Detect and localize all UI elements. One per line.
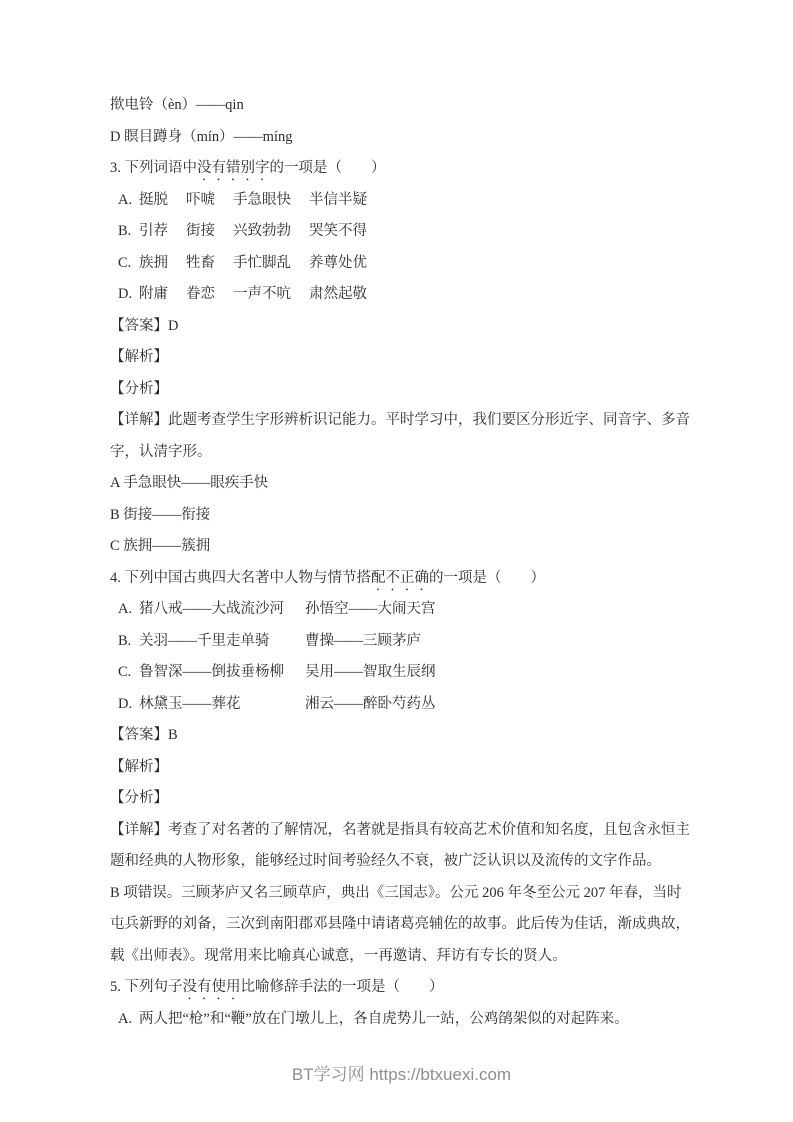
option-word: 一声不吭 bbox=[233, 279, 291, 311]
option-word: 半信半疑 bbox=[309, 185, 367, 217]
text-segment: 字，认清字形。 bbox=[110, 444, 212, 460]
exam-paper-page: 揿电铃（èn）——qinD 瞑目蹲身（mín）——míng3. 下列词语中没有错… bbox=[0, 0, 793, 1091]
option-word: 兴致勃勃 bbox=[233, 216, 291, 248]
option-label: B. bbox=[118, 216, 139, 248]
document-line: B 项错误。三顾茅庐又名三顾草庐，典出《三国志》。公元 206 年冬至公元 20… bbox=[110, 878, 693, 910]
document-line: 载《出师表》。现常用来比喻真心诚意，一再邀请、拜访有专长的贤人。 bbox=[110, 941, 693, 973]
document-line: 屯兵新野的刘备，三次到南阳郡邓县隆中请诸葛亮辅佐的故事。此后传为佳话，渐成典故， bbox=[110, 909, 693, 941]
option-word: 挺脱 bbox=[139, 185, 168, 217]
emphasized-text: 没有使用 bbox=[183, 979, 241, 995]
option-label: A. bbox=[118, 594, 139, 626]
text-segment: 屯兵新野的刘备，三次到南阳郡邓县隆中请诸葛亮辅佐的故事。此后传为佳话，渐成典故， bbox=[110, 916, 690, 932]
document-line: 【答案】B bbox=[110, 720, 693, 752]
pairing-right: 孙悟空——大闹天宫 bbox=[305, 601, 436, 617]
option-label: C. bbox=[118, 248, 139, 280]
document-line: B.关羽——千里走单骑曹操——三顾茅庐 bbox=[110, 626, 693, 658]
document-line: 【答案】D bbox=[110, 311, 693, 343]
document-line: 【分析】 bbox=[110, 374, 693, 406]
document-line: D.附庸眷恋一声不吭肃然起敬 bbox=[110, 279, 693, 311]
document-line: 【分析】 bbox=[110, 783, 693, 815]
text-segment: B 项错误。三顾茅庐又名三顾草庐，典出《三国志》。公元 206 年冬至公元 20… bbox=[110, 885, 682, 901]
document-line: 【解析】 bbox=[110, 342, 693, 374]
pairing-left: 林黛玉——葬花 bbox=[139, 689, 305, 721]
document-line: D 瞑目蹲身（mín）——míng bbox=[110, 122, 693, 154]
option-word: 眷恋 bbox=[186, 279, 215, 311]
text-segment: 4. 下列中国古典四大名著中人物与情节搭 bbox=[110, 570, 371, 586]
text-segment: 【分析】 bbox=[110, 381, 168, 397]
text-segment: 的一项是（ ） bbox=[270, 160, 386, 176]
document-line: B.引荐街接兴致勃勃哭笑不得 bbox=[110, 216, 693, 248]
document-line: B 街接——衔接 bbox=[110, 500, 693, 532]
text-segment: 题和经典的人物形象，能够经过时间考验经久不衰，被广泛认识以及流传的文字作品。 bbox=[110, 853, 661, 869]
document-line: 字，认清字形。 bbox=[110, 437, 693, 469]
pairing-left: 鲁智深——倒拔垂杨柳 bbox=[139, 657, 305, 689]
document-line: 5. 下列句子没有使用比喻修辞手法的一项是（ ） bbox=[110, 972, 693, 1004]
document-line: A.猪八戒——大战流沙河孙悟空——大闹天宫 bbox=[110, 594, 693, 626]
option-label: C. bbox=[118, 657, 139, 689]
document-line: 揿电铃（èn）——qin bbox=[110, 90, 693, 122]
text-segment: 【答案】B bbox=[110, 727, 178, 743]
option-word: 手忙脚乱 bbox=[233, 248, 291, 280]
pairing-right: 湘云——醉卧芍药丛 bbox=[305, 696, 436, 712]
emphasized-text: 没有错别字 bbox=[197, 160, 270, 176]
document-line: A.挺脱吓唬手急眼快半信半疑 bbox=[110, 185, 693, 217]
text-segment: 揿电铃（èn）——qin bbox=[110, 97, 244, 113]
text-segment: 比喻修辞手法的一项是（ ） bbox=[241, 979, 444, 995]
document-line: 【解析】 bbox=[110, 752, 693, 784]
document-line: 题和经典的人物形象，能够经过时间考验经久不衰，被广泛认识以及流传的文字作品。 bbox=[110, 846, 693, 878]
text-segment: 的一项是（ ） bbox=[429, 570, 545, 586]
option-label: A. bbox=[118, 1004, 139, 1036]
text-segment: 3. 下列词语中 bbox=[110, 160, 197, 176]
text-segment: 【详解】考查了对名著的了解情况，名著就是指具有较高艺术价值和知名度，且包含永恒主 bbox=[110, 822, 690, 838]
document-line: 3. 下列词语中没有错别字的一项是（ ） bbox=[110, 153, 693, 185]
text-segment: 载《出师表》。现常用来比喻真心诚意，一再邀请、拜访有专长的贤人。 bbox=[110, 948, 567, 964]
option-label: D. bbox=[118, 689, 139, 721]
pairing-right: 曹操——三顾茅庐 bbox=[305, 633, 421, 649]
document-line: 【详解】考查了对名著的了解情况，名著就是指具有较高艺术价值和知名度，且包含永恒主 bbox=[110, 815, 693, 847]
pairing-left: 关羽——千里走单骑 bbox=[139, 626, 305, 658]
text-segment: 【答案】D bbox=[110, 318, 178, 334]
option-word: 肃然起敬 bbox=[309, 279, 367, 311]
option-label: B. bbox=[118, 626, 139, 658]
text-segment: 【解析】 bbox=[110, 349, 168, 365]
text-segment: 【解析】 bbox=[110, 759, 168, 775]
text-segment: 【分析】 bbox=[110, 790, 168, 806]
option-word: 引荐 bbox=[139, 216, 168, 248]
document-line: 【详解】此题考查学生字形辨析识记能力。平时学习中，我们要区分形近字、同音字、多音 bbox=[110, 405, 693, 437]
text-segment: C 族拥——簇拥 bbox=[110, 538, 210, 554]
option-word: 牲畜 bbox=[186, 248, 215, 280]
document-line: C 族拥——簇拥 bbox=[110, 531, 693, 563]
text-segment: 两人把“枪”和“鞭”放在门墩儿上，各自虎势儿一站，公鸡鹐架似的对起阵来。 bbox=[139, 1011, 629, 1027]
document-line: A.两人把“枪”和“鞭”放在门墩儿上，各自虎势儿一站，公鸡鹐架似的对起阵来。 bbox=[110, 1004, 693, 1036]
document-line: D.林黛玉——葬花湘云——醉卧芍药丛 bbox=[110, 689, 693, 721]
option-label: A. bbox=[118, 185, 139, 217]
option-word: 族拥 bbox=[139, 248, 168, 280]
document-line: 4. 下列中国古典四大名著中人物与情节搭配不正确的一项是（ ） bbox=[110, 563, 693, 595]
option-word: 街接 bbox=[186, 216, 215, 248]
option-word: 养尊处优 bbox=[309, 248, 367, 280]
pairing-left: 猪八戒——大战流沙河 bbox=[139, 594, 305, 626]
text-segment: B 街接——衔接 bbox=[110, 507, 210, 523]
pairing-right: 吴用——智取生辰纲 bbox=[305, 664, 436, 680]
document-body: 揿电铃（èn）——qinD 瞑目蹲身（mín）——míng3. 下列词语中没有错… bbox=[110, 90, 693, 1035]
text-segment: 【详解】此题考查学生字形辨析识记能力。平时学习中，我们要区分形近字、同音字、多音 bbox=[110, 412, 690, 428]
option-word: 手急眼快 bbox=[233, 185, 291, 217]
option-word: 吓唬 bbox=[186, 185, 215, 217]
emphasized-text: 配不正确 bbox=[371, 570, 429, 586]
document-line: C.鲁智深——倒拔垂杨柳吴用——智取生辰纲 bbox=[110, 657, 693, 689]
text-segment: A 手急眼快——眼疾手快 bbox=[110, 475, 268, 491]
document-line: A 手急眼快——眼疾手快 bbox=[110, 468, 693, 500]
document-line: C.族拥牲畜手忙脚乱养尊处优 bbox=[110, 248, 693, 280]
watermark-footer: BT学习网 https://btxuexi.com bbox=[110, 1059, 693, 1091]
text-segment: 5. 下列句子 bbox=[110, 979, 183, 995]
option-word: 附庸 bbox=[139, 279, 168, 311]
text-segment: D 瞑目蹲身（mín）——míng bbox=[110, 129, 292, 145]
option-label: D. bbox=[118, 279, 139, 311]
option-word: 哭笑不得 bbox=[309, 216, 367, 248]
